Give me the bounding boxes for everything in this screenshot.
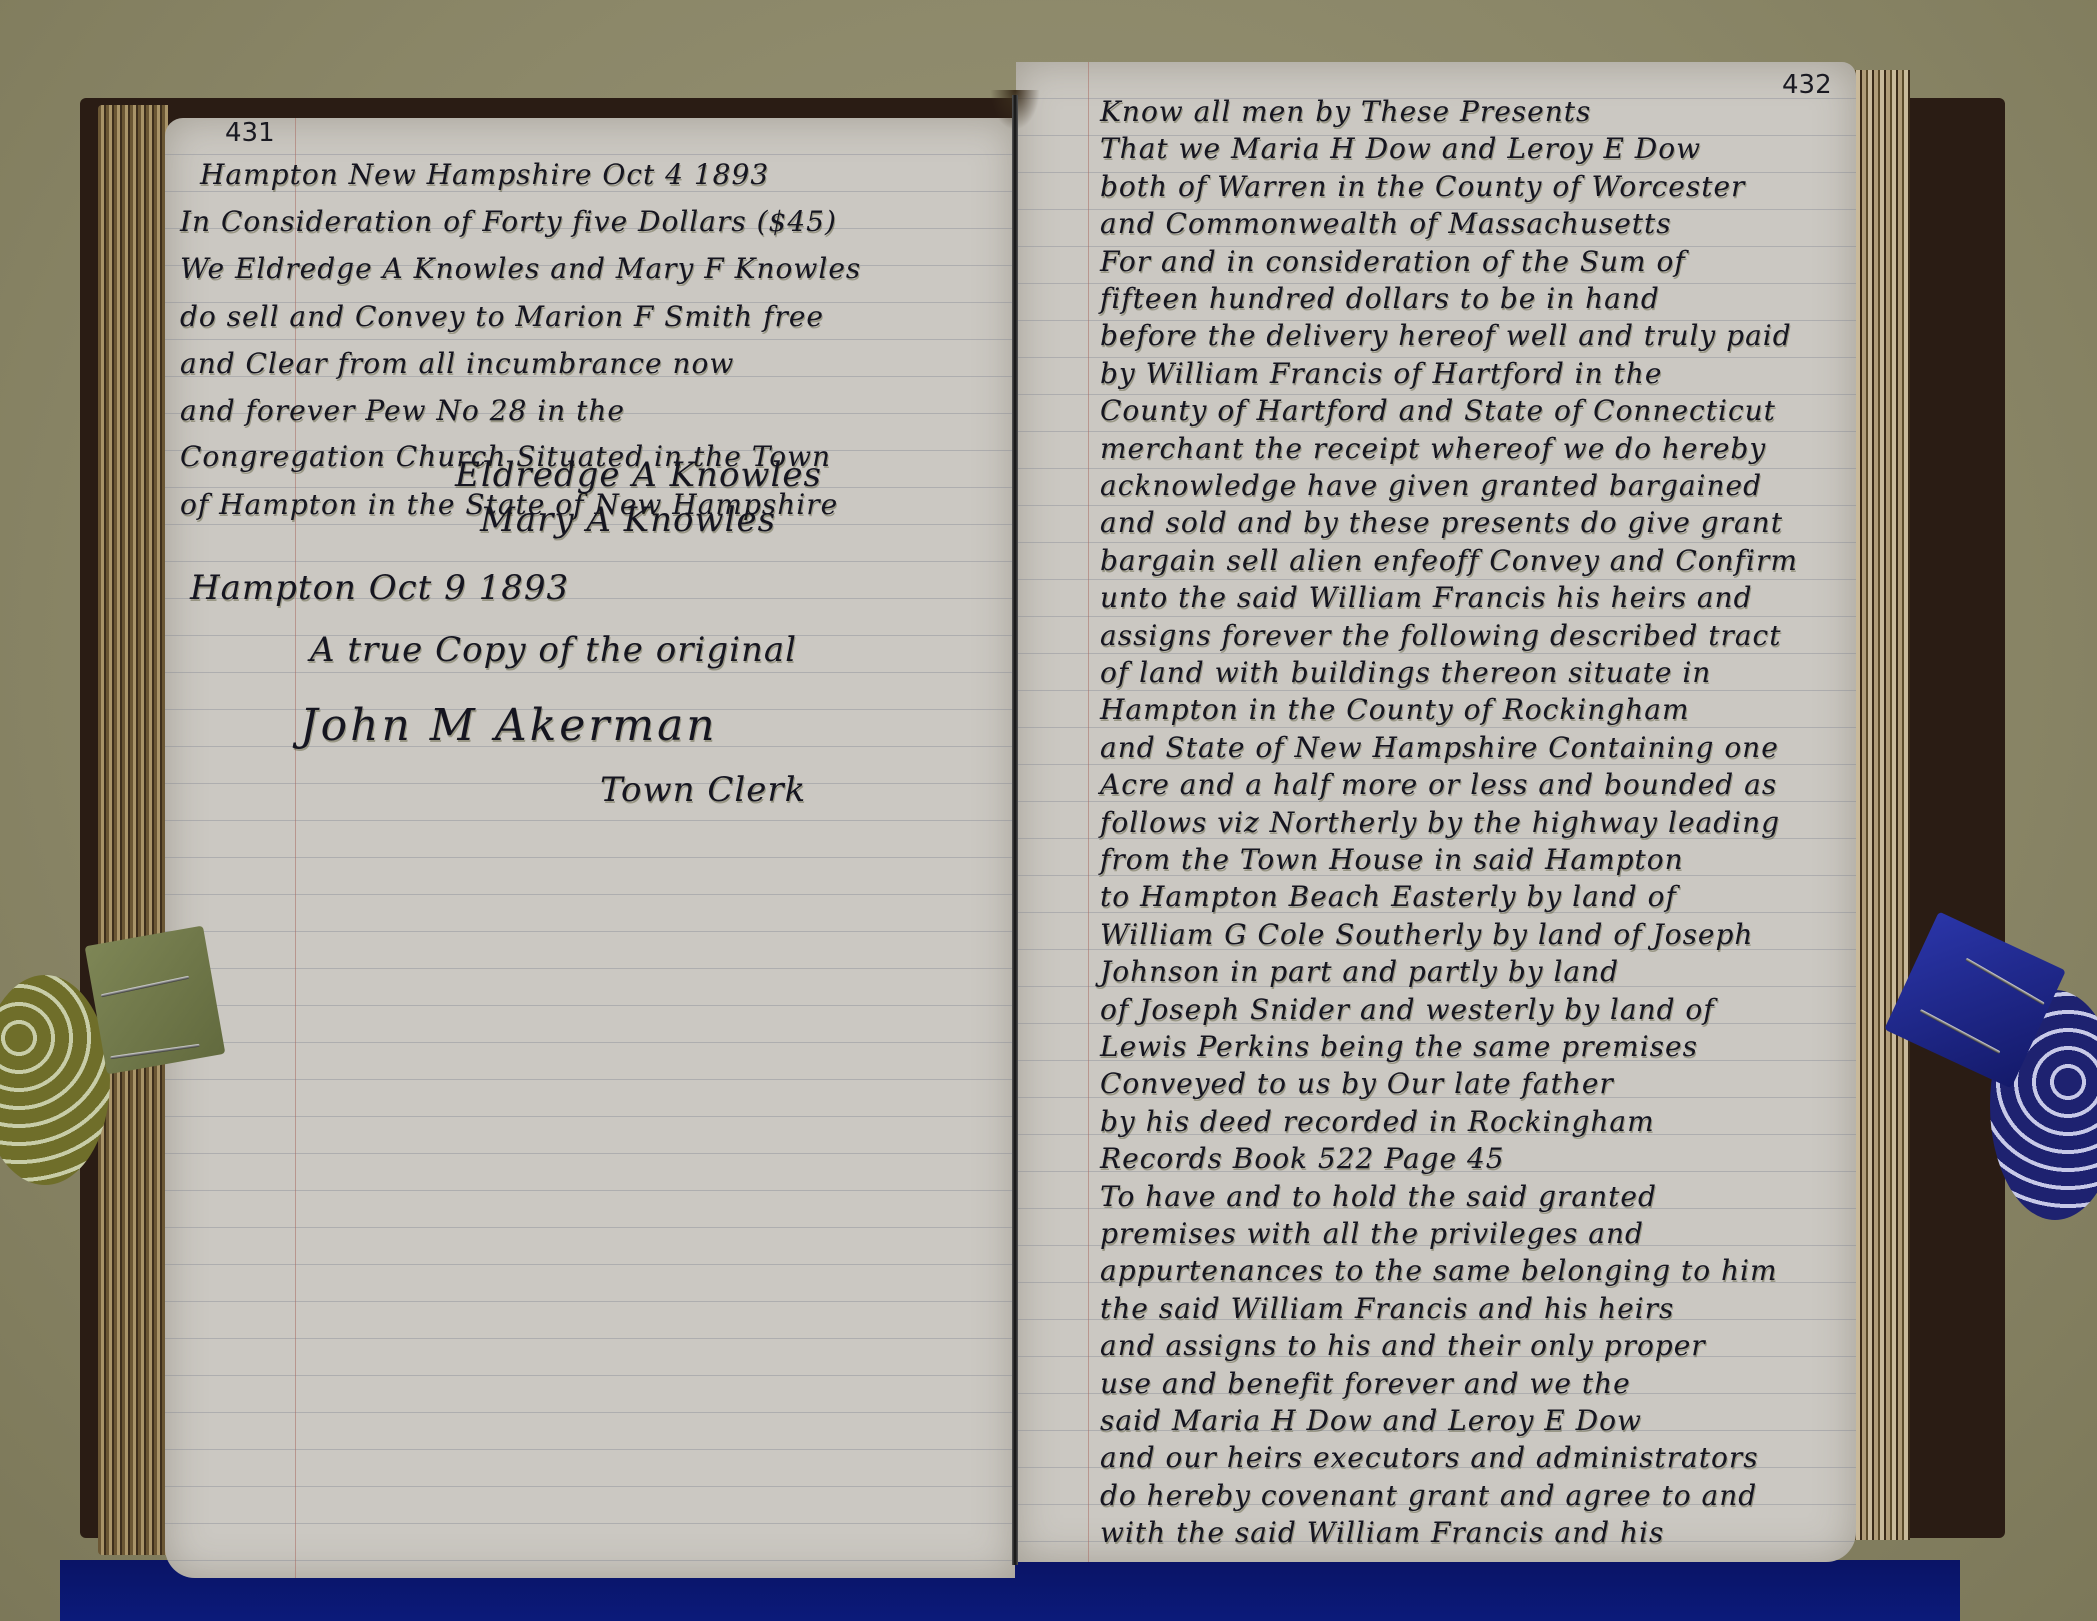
margin-line <box>295 118 296 1578</box>
deed-line: fifteen hundred dollars to be in hand <box>1100 282 1660 315</box>
deed-line: before the delivery hereof well and trul… <box>1100 319 1792 352</box>
deed-line: and sold and by these presents do give g… <box>1100 506 1783 539</box>
margin-line <box>1088 62 1089 1562</box>
deed-line: of land with buildings thereon situate i… <box>1100 656 1711 689</box>
deed-line: We Eldredge A Knowles and Mary F Knowles <box>180 252 861 285</box>
deed-line: with the said William Francis and his <box>1100 1516 1664 1549</box>
clerk-signature: John M Akerman <box>300 700 718 751</box>
deed-line: and Commonwealth of Massachusetts <box>1100 207 1672 240</box>
deed-line: by William Francis of Hartford in the <box>1100 357 1662 390</box>
deed-line: Acre and a half more or less and bounded… <box>1100 768 1777 801</box>
deed-line: use and benefit forever and we the <box>1100 1367 1631 1400</box>
deed-line: Know all men by These Presents <box>1100 95 1591 128</box>
page-number-right: 432 <box>1782 70 1832 100</box>
deed-line: and State of New Hampshire Containing on… <box>1100 731 1779 764</box>
deed-line: In Consideration of Forty five Dollars (… <box>180 205 837 238</box>
deed-line: from the Town House in said Hampton <box>1100 843 1684 876</box>
deed-line: County of Hartford and State of Connecti… <box>1100 394 1776 427</box>
page-edges-left <box>98 105 168 1555</box>
deed-line: appurtenances to the same belonging to h… <box>1100 1254 1778 1287</box>
deed-line: premises with all the privileges and <box>1100 1217 1644 1250</box>
attest-date: Hampton Oct 9 1893 <box>190 568 569 608</box>
deed-line: of Joseph Snider and westerly by land of <box>1100 993 1715 1026</box>
clerk-title: Town Clerk <box>600 770 806 810</box>
deed-line: and our heirs executors and administrato… <box>1100 1441 1759 1474</box>
left-page <box>165 118 1015 1578</box>
deed-line: Hampton New Hampshire Oct 4 1893 <box>200 158 769 191</box>
signature-mary: Mary A Knowles <box>480 500 776 540</box>
attest-line: A true Copy of the original <box>310 630 797 670</box>
deed-line: William G Cole Southerly by land of Jose… <box>1100 918 1753 951</box>
deed-line: Conveyed to us by Our late father <box>1100 1067 1614 1100</box>
deed-line: bargain sell alien enfeoff Convey and Co… <box>1100 544 1798 577</box>
deed-line: merchant the receipt whereof we do hereb… <box>1100 432 1766 465</box>
deed-line: and Clear from all incumbrance now <box>180 347 734 380</box>
deed-line: That we Maria H Dow and Leroy E Dow <box>1100 132 1701 165</box>
deed-line: Lewis Perkins being the same premises <box>1100 1030 1698 1063</box>
deed-line: Records Book 522 Page 45 <box>1100 1142 1505 1175</box>
deed-line: do sell and Convey to Marion F Smith fre… <box>180 300 824 333</box>
deed-line: to Hampton Beach Easterly by land of <box>1100 880 1677 913</box>
deed-line: Johnson in part and partly by land <box>1100 955 1619 988</box>
deed-line: To have and to hold the said granted <box>1100 1180 1657 1213</box>
book-spine <box>1012 95 1018 1565</box>
deed-line: and forever Pew No 28 in the <box>180 394 625 427</box>
deed-line: the said William Francis and his heirs <box>1100 1292 1674 1325</box>
deed-line: do hereby covenant grant and agree to an… <box>1100 1479 1757 1512</box>
signature-eldredge: Eldredge A Knowles <box>455 455 822 495</box>
deed-line: follows viz Northerly by the highway lea… <box>1100 806 1780 839</box>
deed-line: unto the said William Francis his heirs … <box>1100 581 1753 614</box>
deed-line: acknowledge have given granted bargained <box>1100 469 1762 502</box>
deed-line: assigns forever the following described … <box>1100 619 1781 652</box>
deed-line: For and in consideration of the Sum of <box>1100 245 1686 278</box>
deed-line: by his deed recorded in Rockingham <box>1100 1105 1655 1138</box>
deed-line: both of Warren in the County of Worceste… <box>1100 170 1745 203</box>
deed-line: Hampton in the County of Rockingham <box>1100 693 1690 726</box>
deed-line: and assigns to his and their only proper <box>1100 1329 1706 1362</box>
page-edges-right <box>1850 70 1910 1540</box>
ruled-lines <box>165 118 1015 1578</box>
page-number-left: 431 <box>225 118 275 148</box>
deed-line: said Maria H Dow and Leroy E Dow <box>1100 1404 1642 1437</box>
